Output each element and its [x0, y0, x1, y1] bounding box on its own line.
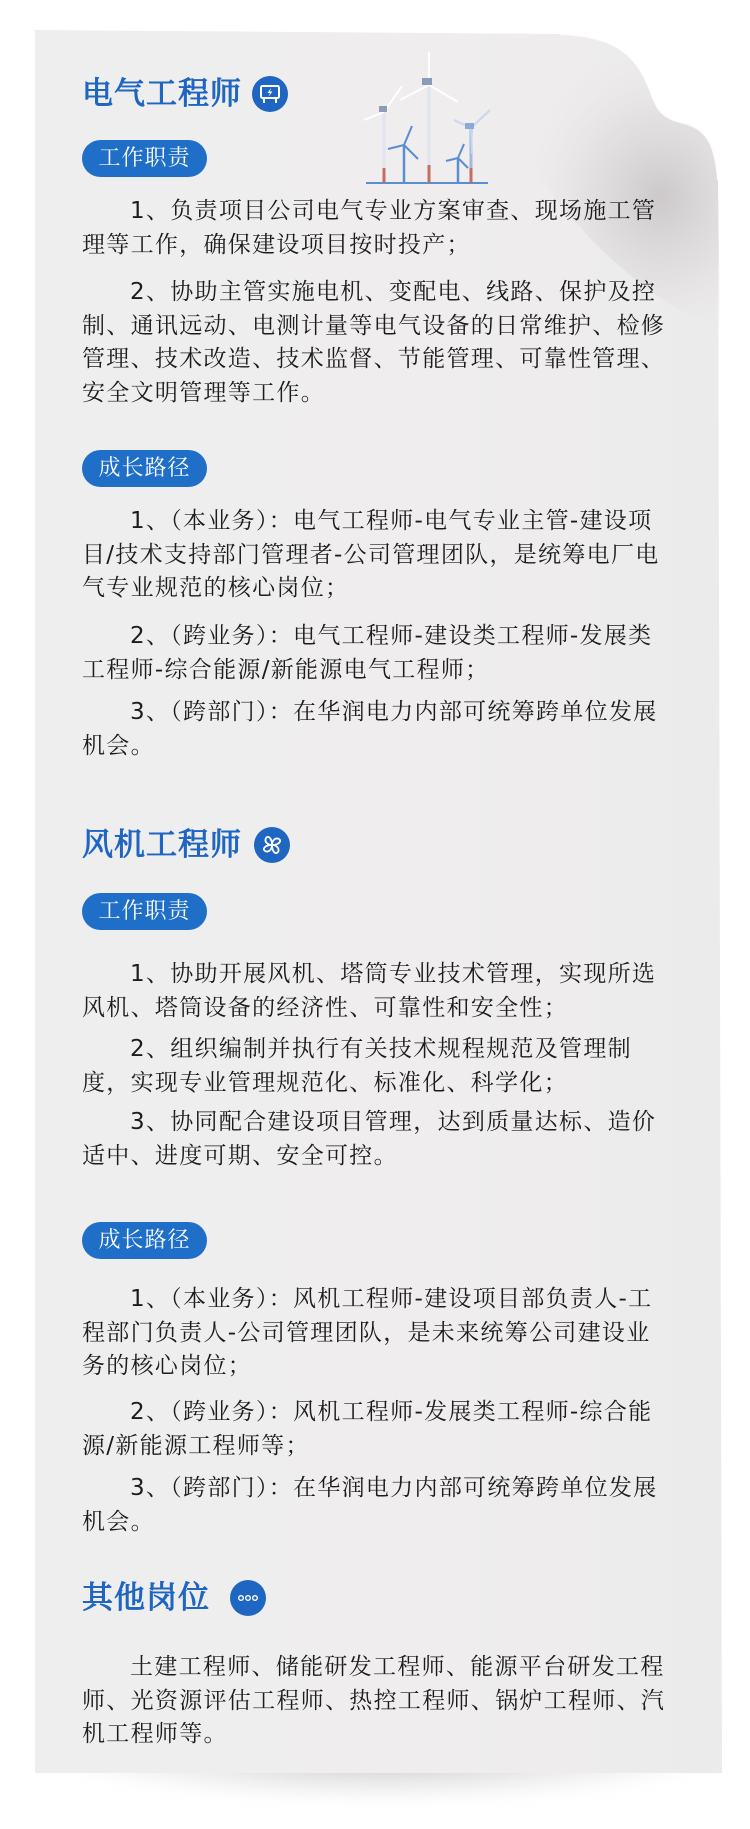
section-title-wind-turbine-engineer: 风机工程师 — [82, 827, 242, 863]
more-dots-icon — [230, 1580, 266, 1616]
paragraph: 2、（跨业务）：电气工程师-建设类工程师-发展类工程师-综合能源/新能源电气工程… — [82, 620, 672, 687]
section-title-electrical-engineer: 电气工程师 — [82, 76, 242, 112]
screen-lightning-icon — [252, 76, 288, 112]
label-growth-path: 成长路径 — [82, 1222, 207, 1259]
section-title-other-positions: 其他岗位 — [82, 1580, 210, 1616]
paragraph: 3、（跨部门）：在华润电力内部可统筹跨单位发展机会。 — [82, 696, 672, 763]
paragraph: 3、（跨部门）：在华润电力内部可统筹跨单位发展机会。 — [82, 1472, 672, 1539]
paragraph: 1、负责项目公司电气专业方案审查、现场施工管理等工作，确保建设项目按时投产； — [82, 195, 672, 262]
paragraph: 2、（跨业务）：风机工程师-发展类工程师-综合能源/新能源工程师等； — [82, 1396, 672, 1463]
wind-turbines-illustration — [362, 50, 492, 190]
fan-icon — [254, 827, 290, 863]
paragraph: 1、（本业务）：电气工程师-电气专业主管-建设项目/技术支持部门管理者-公司管理… — [82, 505, 672, 606]
label-job-duties: 工作职责 — [82, 893, 207, 930]
label-job-duties: 工作职责 — [82, 140, 207, 177]
paragraph: 2、协助主管实施电机、变配电、线路、保护及控制、通讯远动、电测计量等电气设备的日… — [82, 276, 672, 410]
paragraph: 1、（本业务）：风机工程师-建设项目部负责人-工程部门负责人-公司管理团队，是未… — [82, 1283, 672, 1384]
label-growth-path: 成长路径 — [82, 450, 207, 487]
paragraph: 1、协助开展风机、塔筒专业技术管理，实现所选风机、塔筒设备的经济性、可靠性和安全… — [82, 958, 672, 1025]
paragraph: 土建工程师、储能研发工程师、能源平台研发工程师、光资源评估工程师、热控工程师、锅… — [82, 1651, 672, 1752]
paragraph: 2、组织编制并执行有关技术规程规范及管理制度，实现专业管理规范化、标准化、科学化… — [82, 1033, 672, 1100]
paragraph: 3、协同配合建设项目管理，达到质量达标、造价适中、进度可期、安全可控。 — [82, 1106, 672, 1173]
